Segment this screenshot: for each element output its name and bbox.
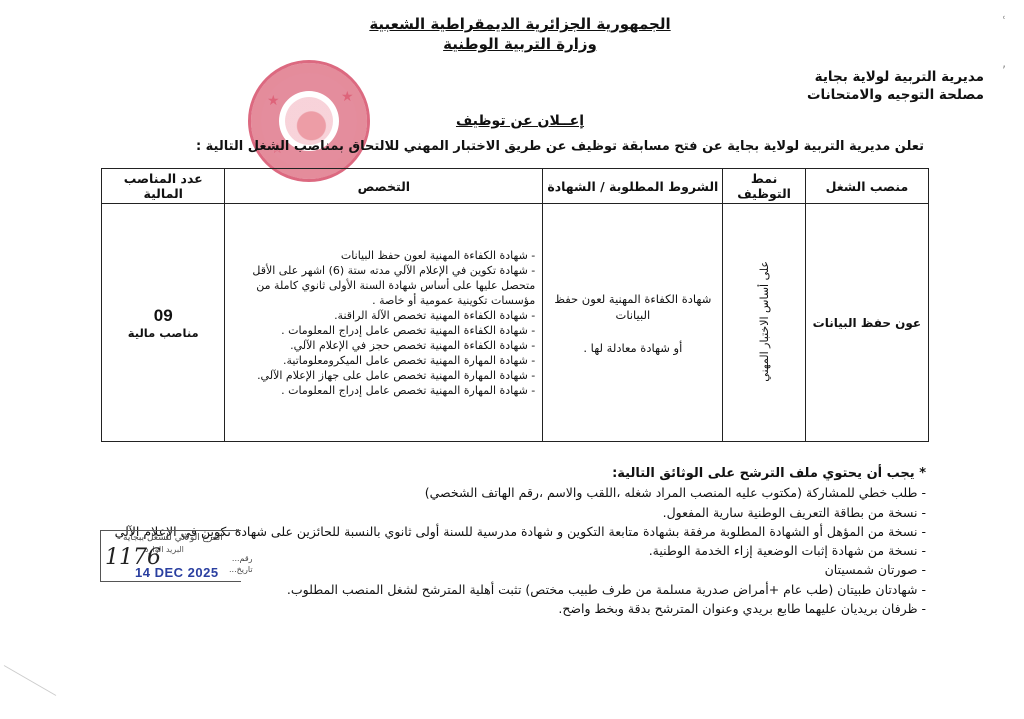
announcement-title: إعــلان عن توظيف: [440, 113, 600, 129]
specialty-item: - شهادة المهارة المهنية تخصص عامل إدراج …: [236, 383, 535, 398]
document-item: - طلب خطي للمشاركة (مكتوب عليه المنصب ال…: [86, 483, 926, 502]
cell-budget-posts: 09 مناصب مالية: [102, 204, 225, 442]
scan-edge-line: [4, 665, 56, 696]
specialty-item: - شهادة المهارة المهنية تخصص عامل على جه…: [236, 368, 535, 383]
document-item: - شهادتان طبيتان (طب عام +أمراض صدرية مس…: [86, 580, 926, 599]
directorate-name: مديرية التربية لولاية بجاية: [807, 68, 984, 86]
receipt-org: الفرع الولائي للشغل ببجاية: [123, 533, 223, 543]
scan-mark-icon: ‚: [1002, 56, 1006, 70]
service-name: مصلحة التوجيه والامتحانات: [807, 86, 984, 104]
budget-posts-count: 09: [103, 306, 223, 326]
table-header-row: منصب الشغل نمط التوظيف الشروط المطلوبة /…: [102, 169, 929, 204]
specialty-item: - شهادة تكوين في الإعلام الآلي مدته ستة …: [236, 263, 535, 308]
specialty-item: - شهادة الكفاءة المهنية لعون حفظ البيانا…: [236, 248, 535, 263]
recruitment-mode-text: على أساس الاختبار المهني: [758, 261, 771, 382]
ministry-name: وزارة التربية الوطنية: [360, 34, 680, 54]
document-item: - نسخة من بطاقة التعريف الوطنية سارية ال…: [86, 503, 926, 522]
seal-emblem: [285, 97, 333, 145]
seal-star-icon: ★: [267, 93, 280, 109]
document-item: - ظرفان بريديان عليهما طابع بريدي وعنوان…: [86, 599, 926, 618]
positions-table: منصب الشغل نمط التوظيف الشروط المطلوبة /…: [101, 168, 929, 442]
scan-mark-icon: ʿ: [1002, 14, 1006, 28]
cell-recruitment-mode: على أساس الاختبار المهني: [723, 204, 805, 442]
issuing-authority: مديرية التربية لولاية بجاية مصلحة التوجي…: [807, 68, 984, 104]
republic-name: الجمهورية الجزائرية الديمقراطية الشعبية: [360, 14, 680, 34]
documents-lead: * يجب أن يحتوي ملف الترشح على الوثائق ال…: [86, 464, 926, 483]
cell-conditions: شهادة الكفاءة المهنية لعون حفظ البيانات …: [543, 204, 723, 442]
col-header-specialty: التخصص: [225, 169, 543, 204]
document-header: الجمهورية الجزائرية الديمقراطية الشعبية …: [360, 14, 680, 54]
specialty-item: - شهادة الكفاءة المهنية تخصص عامل إدراج …: [236, 323, 535, 338]
official-seal: ★ ★ ☆: [248, 60, 370, 182]
cell-position: عون حفظ البيانات: [805, 204, 928, 442]
specialty-item: - شهادة الكفاءة المهنية تخصص حجز في الإع…: [236, 338, 535, 353]
budget-posts-label: مناصب مالية: [103, 326, 223, 340]
specialty-item: - شهادة المهارة المهنية تخصص عامل الميكر…: [236, 353, 535, 368]
table-row: عون حفظ البيانات على أساس الاختبار المهن…: [102, 204, 929, 442]
condition-main: شهادة الكفاءة المهنية لعون حفظ البيانات: [553, 291, 712, 323]
col-header-conditions: الشروط المطلوبة / الشهادة: [543, 169, 723, 204]
receipt-stamp: الفرع الولائي للشغل ببجاية البريد الوارد…: [100, 530, 241, 582]
specialty-list: - شهادة الكفاءة المهنية لعون حفظ البيانا…: [226, 248, 541, 398]
receipt-date: 14 DEC 2025: [135, 565, 219, 580]
col-header-recruitment-mode: نمط التوظيف: [723, 169, 805, 204]
specialty-item: - شهادة الكفاءة المهنية تخصص الآلة الراق…: [236, 308, 535, 323]
receipt-label-date: تاريخ...: [229, 564, 253, 575]
col-header-position: منصب الشغل: [805, 169, 928, 204]
seal-star-icon: ★: [341, 89, 354, 105]
cell-specialty: - شهادة الكفاءة المهنية لعون حفظ البيانا…: [225, 204, 543, 442]
receipt-label-number: رقم...: [229, 553, 253, 564]
announcement-intro: تعلن مديرية التربية لولاية بجاية عن فتح …: [84, 139, 924, 154]
receipt-labels: رقم... تاريخ...: [229, 553, 253, 575]
col-header-budget-posts: عدد المناصب المالية: [102, 169, 225, 204]
condition-equivalent: أو شهادة معادلة لها .: [553, 341, 712, 355]
